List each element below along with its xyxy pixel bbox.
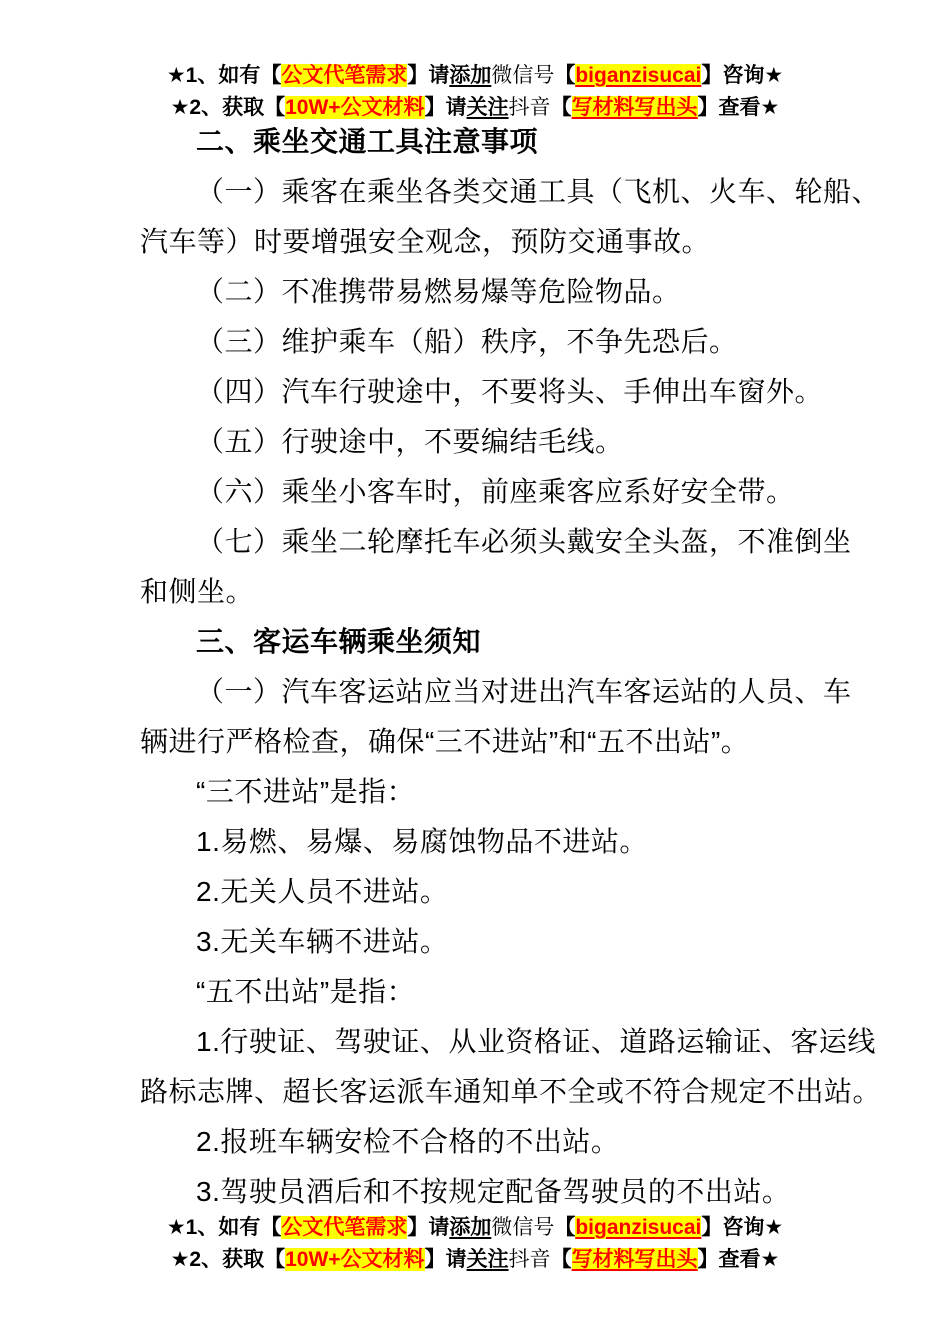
highlight-wechat-id: biganzisucai: [575, 64, 701, 87]
promo-text: 】请: [407, 64, 449, 87]
document-page: ★1、如有【公文代笔需求】请添加微信号【biganzisucai】咨询★ ★2、…: [0, 0, 950, 1344]
body-line: 2.报班车辆安检不合格的不出站。: [140, 1117, 818, 1167]
promo-text: 】查看★: [698, 96, 780, 119]
body-line: 1.行驶证、驾驶证、从业资格证、道路运输证、客运线: [140, 1017, 818, 1067]
body-line: 1.易燃、易爆、易腐蚀物品不进站。: [140, 817, 818, 867]
promo-text: 抖音: [509, 96, 551, 119]
promo-text: 】查看★: [698, 1248, 780, 1271]
body-line: 3.无关车辆不进站。: [140, 917, 818, 967]
body-line: （二）不准携带易燃易爆等危险物品。: [140, 267, 818, 317]
header-promo-line-1: ★1、如有【公文代笔需求】请添加微信号【biganzisucai】咨询★: [0, 60, 950, 92]
body-line: （一）乘客在乘坐各类交通工具（飞机、火车、轮船、: [140, 167, 818, 217]
body-line: （七）乘坐二轮摩托车必须头戴安全头盔，不准倒坐: [140, 517, 818, 567]
promo-text: 】咨询★: [701, 64, 783, 87]
section-heading: 三、客运车辆乘坐须知: [140, 617, 818, 667]
body-line: （五）行驶途中，不要编结毛线。: [140, 417, 818, 467]
body-line: “五不出站”是指：: [140, 967, 818, 1017]
promo-text: 】请: [425, 96, 467, 119]
body-line: （三）维护乘车（船）秩序，不争先恐后。: [140, 317, 818, 367]
promo-text: 】请: [407, 1216, 449, 1239]
promo-text: 【: [554, 64, 575, 87]
highlight-keyword: 10W+公文材料: [285, 96, 424, 119]
promo-text: 【: [554, 1216, 575, 1239]
promo-text: ★1、如有【: [167, 1216, 282, 1239]
section-heading: 二、乘坐交通工具注意事项: [140, 117, 818, 167]
promo-text: 微信号: [491, 1216, 554, 1239]
underlined-action: 添加: [449, 1216, 491, 1239]
promo-text: ★2、获取【: [171, 1248, 286, 1271]
body-line: （六）乘坐小客车时，前座乘客应系好安全带。: [140, 467, 818, 517]
body-line: “三不进站”是指：: [140, 767, 818, 817]
highlight-keyword: 公文代笔需求: [281, 1216, 407, 1239]
promo-text: 【: [551, 96, 572, 119]
highlight-keyword: 10W+公文材料: [285, 1248, 424, 1271]
body-line: （四）汽车行驶途中，不要将头、手伸出车窗外。: [140, 367, 818, 417]
underlined-action: 关注: [467, 1248, 509, 1271]
promo-text: 】咨询★: [701, 1216, 783, 1239]
underlined-action: 关注: [467, 96, 509, 119]
highlight-douyin-id: 写材料写出头: [572, 96, 698, 119]
highlight-keyword: 公文代笔需求: [281, 64, 407, 87]
footer-promo-line-1: ★1、如有【公文代笔需求】请添加微信号【biganzisucai】咨询★: [0, 1212, 950, 1244]
promo-text: 【: [551, 1248, 572, 1271]
highlight-wechat-id: biganzisucai: [575, 1216, 701, 1239]
header-promo: ★1、如有【公文代笔需求】请添加微信号【biganzisucai】咨询★ ★2、…: [0, 60, 950, 124]
body-line: 辆进行严格检查，确保“三不进站”和“五不出站”。: [140, 717, 818, 767]
body-line: 汽车等）时要增强安全观念，预防交通事故。: [140, 217, 818, 267]
document-body: 二、乘坐交通工具注意事项 （一）乘客在乘坐各类交通工具（飞机、火车、轮船、 汽车…: [140, 117, 818, 1217]
footer-promo: ★1、如有【公文代笔需求】请添加微信号【biganzisucai】咨询★ ★2、…: [0, 1212, 950, 1276]
body-line: 3.驾驶员酒后和不按规定配备驾驶员的不出站。: [140, 1167, 818, 1217]
body-line: 和侧坐。: [140, 567, 818, 617]
body-line: 2.无关人员不进站。: [140, 867, 818, 917]
underlined-action: 添加: [449, 64, 491, 87]
promo-text: 微信号: [491, 64, 554, 87]
promo-text: ★1、如有【: [167, 64, 282, 87]
body-line: （一）汽车客运站应当对进出汽车客运站的人员、车: [140, 667, 818, 717]
footer-promo-line-2: ★2、获取【10W+公文材料】请关注抖音【写材料写出头】查看★: [0, 1244, 950, 1276]
body-line: 路标志牌、超长客运派车通知单不全或不符合规定不出站。: [140, 1067, 818, 1117]
highlight-douyin-id: 写材料写出头: [572, 1248, 698, 1271]
promo-text: ★2、获取【: [171, 96, 286, 119]
promo-text: 抖音: [509, 1248, 551, 1271]
promo-text: 】请: [425, 1248, 467, 1271]
